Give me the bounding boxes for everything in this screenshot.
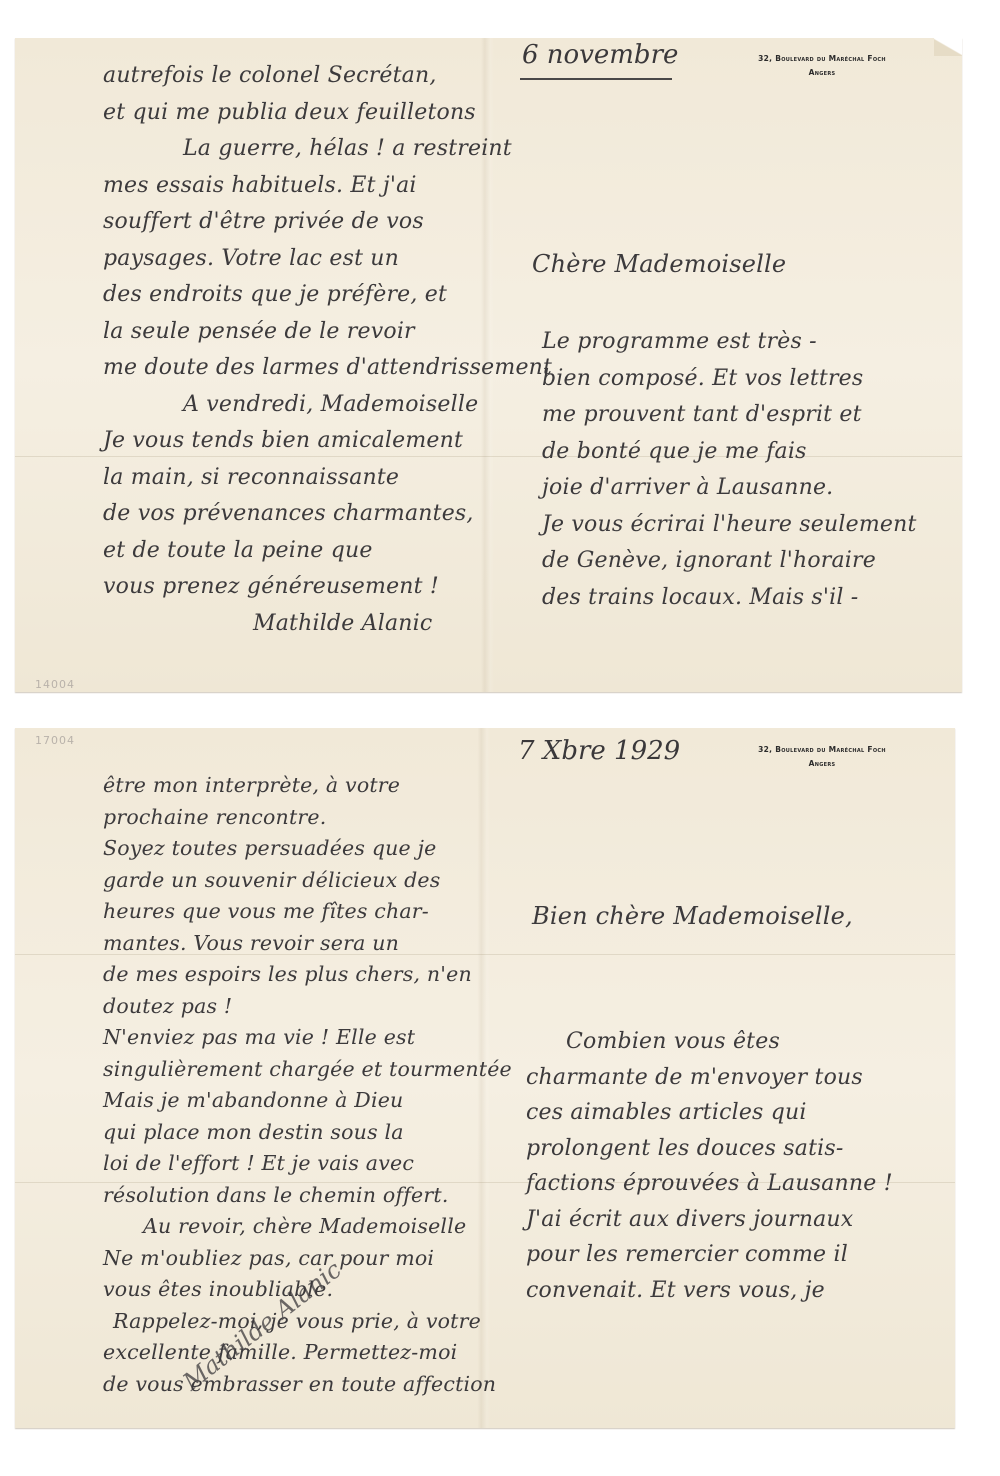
letter-body-opening: Combien vous êtes charmante de m'envoyer… [526,1024,893,1308]
text-line: convenait. Et vers vous, je [526,1273,893,1309]
text-line: singulièrement chargée et tourmentée [103,1054,512,1086]
text-line: autrefois le colonel Secrétan, [103,58,552,95]
letter-sheet-1: autrefois le colonel Secrétan, et qui me… [15,38,962,692]
text-line: pour les remercier comme il [526,1237,893,1273]
text-line: J'ai écrit aux divers journaux [526,1202,893,1238]
text-line: heures que vous me fîtes char- [103,896,512,928]
text-line: prolongent les douces satis- [526,1131,893,1167]
text-line: Mais je m'abandonne à Dieu [103,1085,512,1117]
letterhead-city: Angers [722,66,922,80]
archive-pencil-number: 14004 [35,678,75,691]
letter-date: 7 Xbre 1929 [518,736,680,766]
text-line: résolution dans le chemin offert. [103,1180,512,1212]
text-line: la main, si reconnaissante [103,460,552,497]
sheet-1-right-page: 6 novembre 32, Boulevard du Maréchal Foc… [492,38,962,692]
text-line: souffert d'être privée de vos [103,204,552,241]
letterhead-address: 32, Boulevard du Maréchal Foch Angers [722,52,922,80]
sheet-2-right-page: 7 Xbre 1929 32, Boulevard du Maréchal Fo… [492,728,955,1428]
text-line: prochaine rencontre. [103,802,512,834]
text-line: de vos prévenances charmantes, [103,496,552,533]
archive-pencil-number: 17004 [35,734,75,747]
text-line: vous prenez généreusement ! [103,569,552,606]
letter-body-continuation: autrefois le colonel Secrétan, et qui me… [103,58,552,642]
text-line: charmante de m'envoyer tous [526,1060,893,1096]
date-underline [520,78,672,80]
text-line: bien composé. Et vos lettres [542,361,917,398]
letterhead-address: 32, Boulevard du Maréchal Foch Angers [722,743,922,771]
text-line: la seule pensée de le revoir [103,314,552,351]
text-line: Au revoir, chère Mademoiselle [103,1211,512,1243]
letterhead-city: Angers [722,757,922,771]
text-line: des trains locaux. Mais s'il - [542,580,917,617]
text-line: me prouvent tant d'esprit et [542,397,917,434]
text-line: Ne m'oubliez pas, car pour moi [103,1243,512,1275]
text-line: Le programme est très - [542,324,917,361]
text-line: et qui me publia deux feuilletons [103,95,552,132]
text-line: des endroits que je préfère, et [103,277,552,314]
letterhead-street: 32, Boulevard du Maréchal Foch [722,52,922,66]
text-line: factions éprouvées à Lausanne ! [526,1166,893,1202]
text-line: Rappelez-moi, je vous prie, à votre [103,1306,512,1338]
text-line: être mon interprète, à votre [103,770,512,802]
sheet-1-left-page: autrefois le colonel Secrétan, et qui me… [15,38,485,692]
text-line: et de toute la peine que [103,533,552,570]
letterhead-street: 32, Boulevard du Maréchal Foch [722,743,922,757]
text-line: mes essais habituels. Et j'ai [103,168,552,205]
text-line: qui place mon destin sous la [103,1117,512,1149]
text-line: N'enviez pas ma vie ! Elle est [103,1022,512,1054]
text-line: excellente famille. Permettez-moi [103,1337,512,1369]
text-line: doutez pas ! [103,991,512,1023]
text-line: Soyez toutes persuadées que je [103,833,512,865]
text-line: de mes espoirs les plus chers, n'en [103,959,512,991]
salutation: Bien chère Mademoiselle, [532,898,853,935]
text-line: garde un souvenir délicieux des [103,865,512,897]
signature: Mathilde Alanic [103,606,552,643]
salutation: Chère Mademoiselle [532,246,786,283]
text-line: me doute des larmes d'attendrissement [103,350,552,387]
letter-sheet-2: 17004 être mon interprète, à votre proch… [15,728,955,1428]
text-line: Combien vous êtes [526,1024,893,1060]
text-line: joie d'arriver à Lausanne. [542,470,917,507]
text-line: mantes. Vous revoir sera un [103,928,512,960]
text-line: de vous embrasser en toute affection [103,1369,512,1401]
text-line: de Genève, ignorant l'horaire [542,543,917,580]
sheet-2-left-page: 17004 être mon interprète, à votre proch… [15,728,485,1428]
text-line: La guerre, hélas ! a restreint [103,131,552,168]
text-line: paysages. Votre lac est un [103,241,552,278]
text-line: A vendredi, Mademoiselle [103,387,552,424]
text-line: loi de l'effort ! Et je vais avec [103,1148,512,1180]
letter-body-opening: Le programme est très - bien composé. Et… [542,324,917,616]
letter-date: 6 novembre [522,40,678,70]
text-line: Je vous tends bien amicalement [103,423,552,460]
text-line: ces aimables articles qui [526,1095,893,1131]
text-line: Je vous écrirai l'heure seulement [542,507,917,544]
text-line: de bonté que je me fais [542,434,917,471]
